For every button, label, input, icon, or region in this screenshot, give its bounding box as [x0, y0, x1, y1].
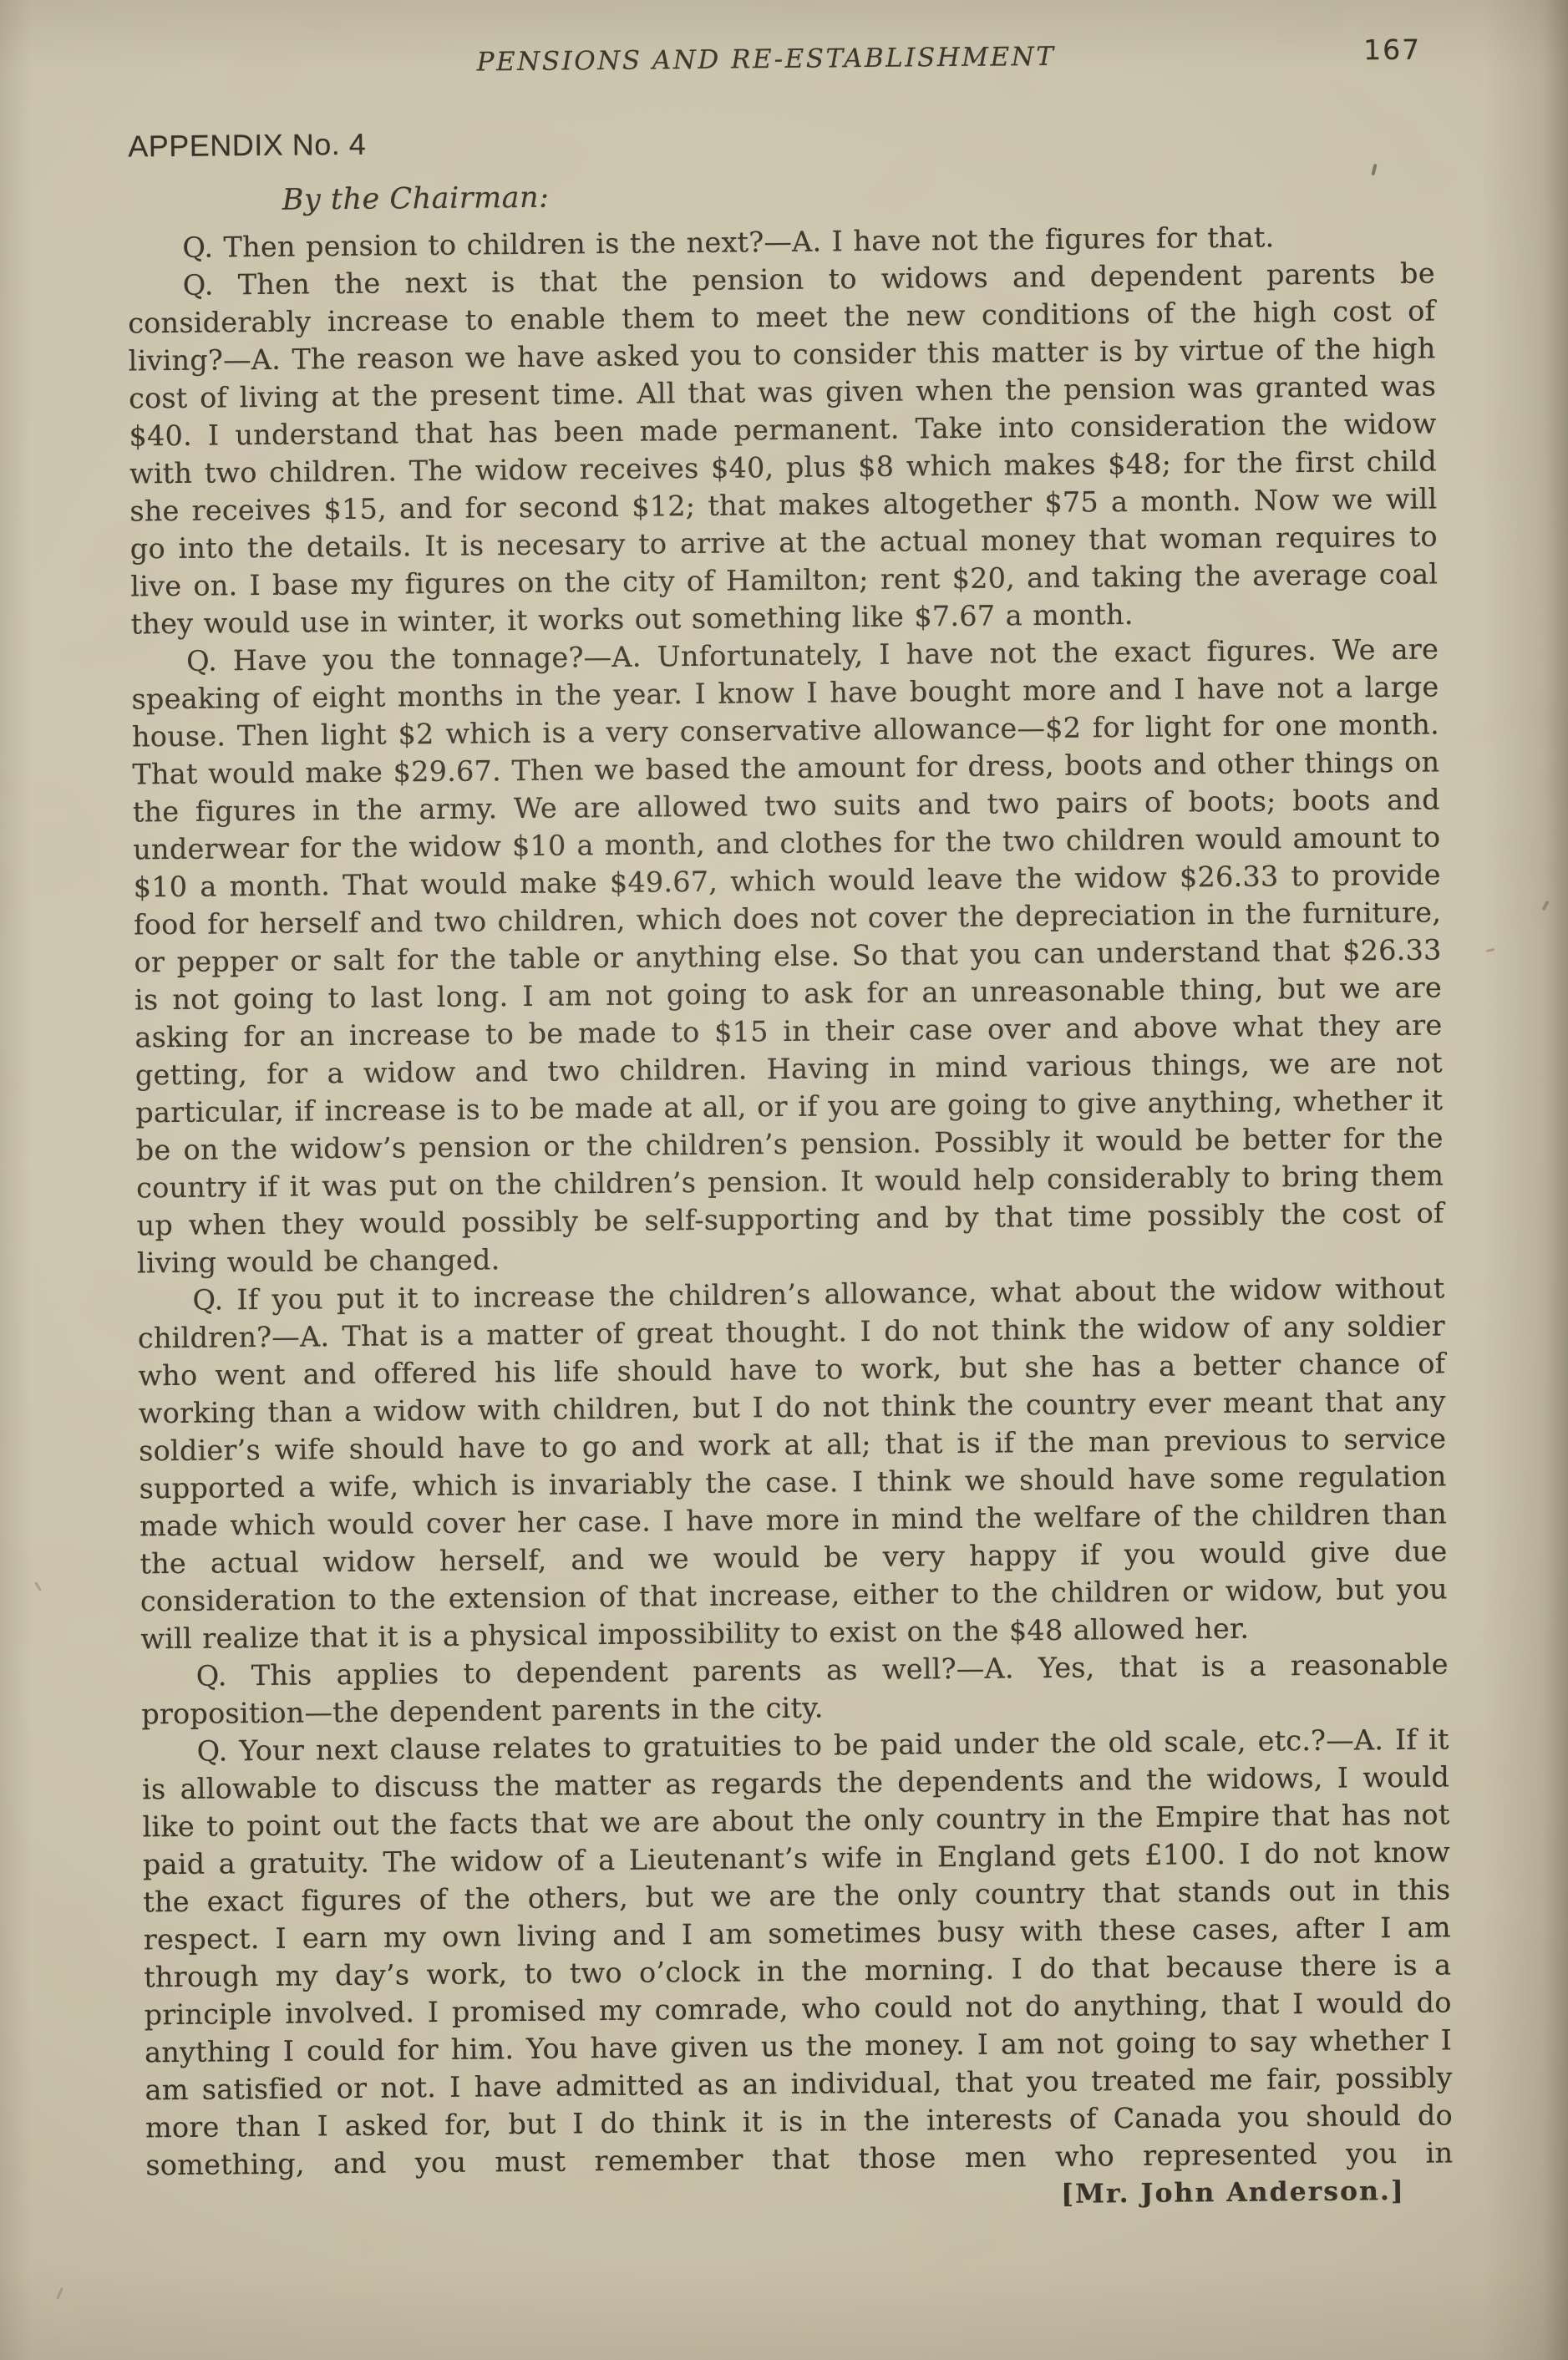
byline: By the Chairman: — [282, 172, 1434, 216]
testimony-body: Q. Then pension to children is the next?… — [127, 216, 1453, 2184]
scan-speck — [1486, 948, 1494, 952]
page-content: PENSIONS AND RE-ESTABLISHMENT 167 APPEND… — [125, 31, 1454, 2222]
qa-paragraph: Q. Then the next is that the pension to … — [128, 254, 1439, 642]
qa-paragraph: Q. If you put it to increase the childre… — [137, 1269, 1448, 1657]
running-header-title: PENSIONS AND RE-ESTABLISHMENT — [477, 42, 1056, 78]
qa-paragraph: Q. Your next clause relates to gratuitie… — [141, 1720, 1453, 2184]
scan-speck — [34, 1581, 42, 1591]
running-header: PENSIONS AND RE-ESTABLISHMENT 167 — [125, 31, 1434, 95]
scanned-page: PENSIONS AND RE-ESTABLISHMENT 167 APPEND… — [0, 0, 1568, 2360]
scan-speck — [56, 2287, 63, 2300]
page-number: 167 — [1363, 33, 1421, 67]
scan-speck — [1541, 901, 1549, 911]
qa-paragraph: Q. Have you the tonnage?—A. Unfortunatel… — [131, 630, 1444, 1282]
qa-paragraph: Q. This applies to dependent parents as … — [141, 1645, 1449, 1733]
appendix-heading: APPENDIX No. 4 — [128, 116, 1434, 164]
